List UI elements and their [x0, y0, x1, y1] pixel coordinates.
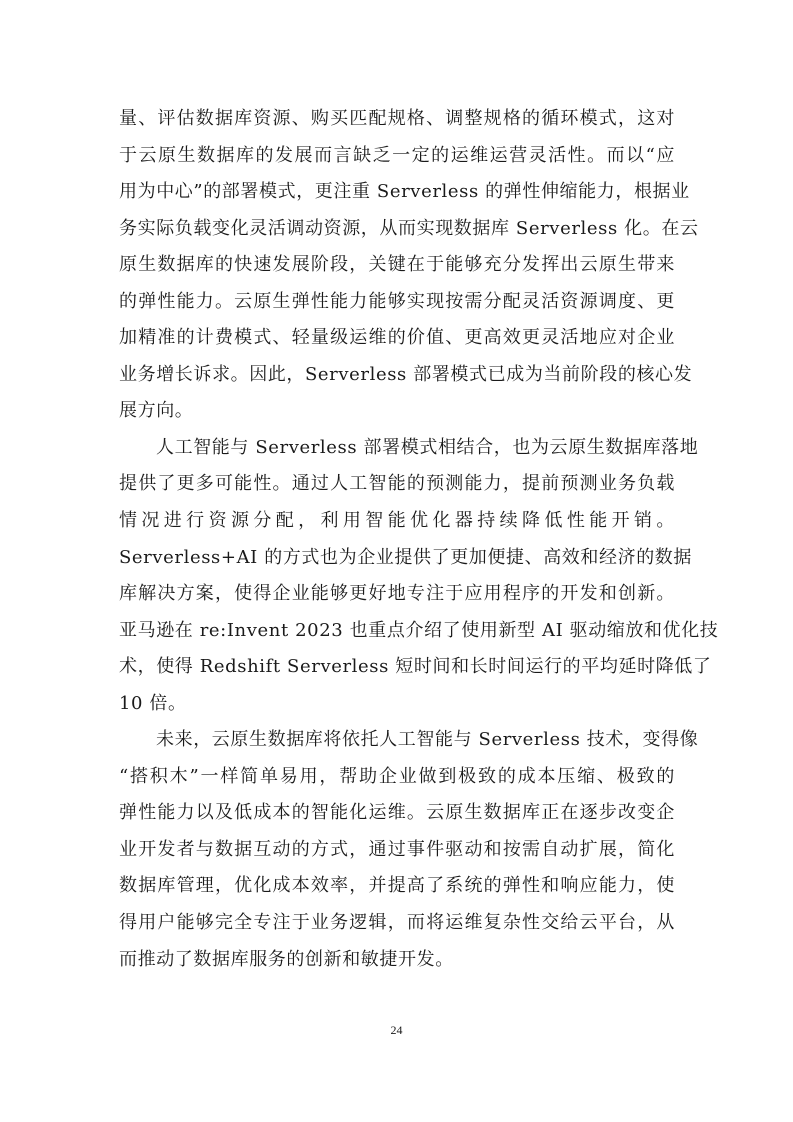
text-line: 于云原生数据库的发展而言缺乏一定的运维运营灵活性。而以“应 [119, 138, 675, 175]
text-line: 情况进行资源分配，利用智能优化器持续降低性能开销。 [119, 503, 675, 540]
text-line: 人工智能与 Serverless 部署模式相结合，也为云原生数据库落地 [119, 430, 675, 467]
text-line: 提供了更多可能性。通过人工智能的预测能力，提前预测业务负载 [119, 466, 675, 503]
text-line: 加精准的计费模式、轻量级运维的价值、更高效更灵活地应对企业 [119, 320, 675, 357]
document-page: 量、评估数据库资源、购买匹配规格、调整规格的循环模式，这对 于云原生数据库的发展… [0, 0, 793, 1122]
text-line: 务实际负载变化灵活调动资源，从而实现数据库 Serverless 化。在云 [119, 211, 675, 248]
text-line: 10 倍。 [119, 686, 675, 723]
text-line: 弹性能力以及低成本的智能化运维。云原生数据库正在逐步改变企 [119, 795, 675, 832]
page-number: 24 [0, 1023, 793, 1038]
text-line: 术，使得 Redshift Serverless 短时间和长时间运行的平均延时降… [119, 649, 675, 686]
text-line: “搭积木”一样简单易用，帮助企业做到极致的成本压缩、极致的 [119, 759, 675, 796]
text-line: 数据库管理，优化成本效率，并提高了系统的弹性和响应能力，使 [119, 868, 675, 905]
text-line: 得用户能够完全专注于业务逻辑，而将运维复杂性交给云平台，从 [119, 905, 675, 942]
text-line: 而推动了数据库服务的创新和敏捷开发。 [119, 942, 675, 979]
text-line: 的弹性能力。云原生弹性能力能够实现按需分配灵活资源调度、更 [119, 284, 675, 321]
text-line: 业务增长诉求。因此，Serverless 部署模式已成为当前阶段的核心发 [119, 357, 675, 394]
text-line: 用为中心”的部署模式，更注重 Serverless 的弹性伸缩能力，根据业 [119, 174, 675, 211]
text-line: 亚马逊在 re:Invent 2023 也重点介绍了使用新型 AI 驱动缩放和优… [119, 613, 675, 650]
paragraph-2: 人工智能与 Serverless 部署模式相结合，也为云原生数据库落地 提供了更… [119, 430, 675, 722]
paragraph-1: 量、评估数据库资源、购买匹配规格、调整规格的循环模式，这对 于云原生数据库的发展… [119, 101, 675, 430]
text-line: Serverless+AI 的方式也为企业提供了更加便捷、高效和经济的数据 [119, 540, 675, 577]
text-line: 库解决方案，使得企业能够更好地专注于应用程序的开发和创新。 [119, 576, 675, 613]
body-text: 量、评估数据库资源、购买匹配规格、调整规格的循环模式，这对 于云原生数据库的发展… [119, 101, 675, 978]
text-line: 业开发者与数据互动的方式，通过事件驱动和按需自动扩展，简化 [119, 832, 675, 869]
text-line: 展方向。 [119, 393, 675, 430]
text-line: 未来，云原生数据库将依托人工智能与 Serverless 技术，变得像 [119, 722, 675, 759]
text-line: 原生数据库的快速发展阶段，关键在于能够充分发挥出云原生带来 [119, 247, 675, 284]
paragraph-3: 未来，云原生数据库将依托人工智能与 Serverless 技术，变得像 “搭积木… [119, 722, 675, 978]
text-line: 量、评估数据库资源、购买匹配规格、调整规格的循环模式，这对 [119, 101, 675, 138]
